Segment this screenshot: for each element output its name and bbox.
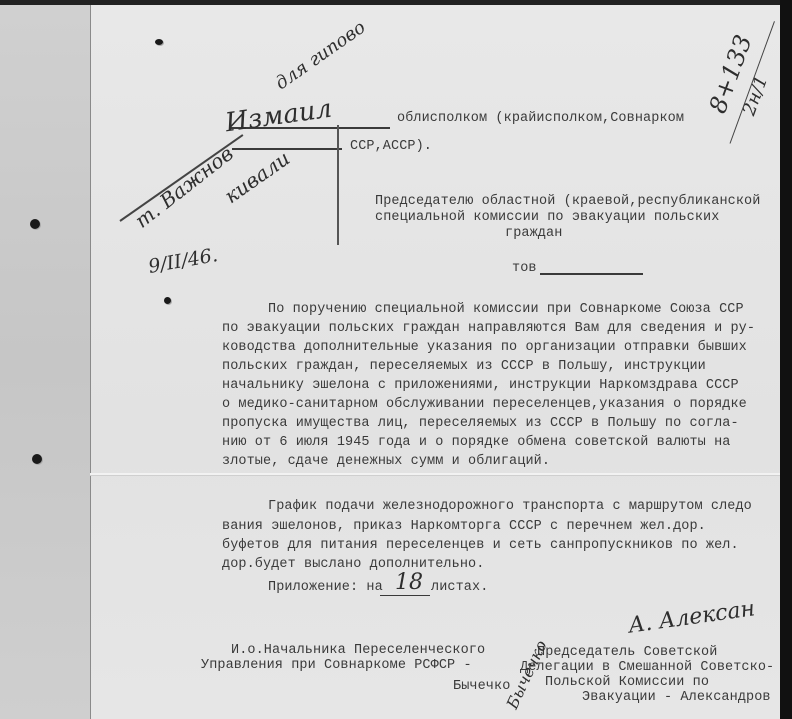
body-line: буфетов для питания переселенцев и сеть …: [222, 538, 739, 553]
addressee-line: ССР,АССР).: [350, 139, 432, 154]
signatory-left-title: И.о.Начальника Переселенческого: [231, 643, 485, 658]
signatory-right-title: Председатель Советской: [537, 645, 717, 660]
body-line: пропуска имущества лиц, переселяемых из …: [222, 416, 739, 431]
fill-in-line: [380, 595, 430, 596]
scanned-document: облисполком (крайисполком,Совнарком ССР,…: [0, 5, 780, 719]
punch-hole: [32, 454, 42, 464]
body-line: График подачи железнодорожного транспорт…: [268, 499, 752, 514]
signatory-left-title: Управления при Совнаркоме РСФСР -: [201, 658, 472, 673]
body-line: дор.будет выслано дополнительно.: [222, 557, 484, 572]
pen-stroke: [337, 125, 339, 245]
body-line: о медико-санитарном обслуживании пересел…: [222, 397, 747, 412]
fill-in-line: [540, 273, 643, 275]
recipient-line: специальной комиссии по эвакуации польск…: [375, 210, 719, 225]
recipient-line: Председателю областной (краевой,республи…: [375, 194, 760, 209]
tov-label: тов: [512, 261, 537, 276]
signatory-right-title: Эвакуации - Александров: [582, 690, 771, 705]
recipient-line: граждан: [505, 226, 562, 241]
body-line: По поручению специальной комиссии при Со…: [268, 302, 744, 317]
fill-in-line: [232, 148, 342, 150]
body-line: по эвакуации польских граждан направляют…: [222, 321, 755, 336]
attachment-suffix: листах.: [431, 580, 488, 595]
body-line: польских граждан, переселяемых из СССР в…: [222, 359, 706, 374]
punch-hole: [30, 219, 40, 229]
scan-right-border: [780, 0, 792, 719]
punch-hole: [155, 39, 163, 45]
underlying-page-edge: [0, 5, 90, 719]
punch-hole: [164, 297, 171, 304]
signatory-right-title: Польской Комиссии по: [545, 675, 709, 690]
body-line: злотые, сдаче денежных сумм и облигаций.: [222, 454, 550, 469]
body-line: ководства дополнительные указания по орг…: [222, 340, 747, 355]
addressee-line: облисполком (крайисполком,Совнарком: [397, 111, 684, 126]
body-line: нию от 6 июля 1945 года и о порядке обме…: [222, 435, 730, 450]
paper-fold-crease: [90, 473, 780, 476]
handwritten-sheet-count: 18: [395, 570, 423, 595]
body-line: вания эшелонов, приказ Наркомторга СССР …: [222, 519, 706, 534]
attachment-prefix: Приложение: на: [268, 580, 383, 595]
signatory-left-name: Бычечко: [453, 679, 510, 694]
signatory-right-title: Делегации в Смешанной Советско-: [520, 660, 774, 675]
body-line: начальнику эшелона с приложениями, инстр…: [222, 378, 739, 393]
